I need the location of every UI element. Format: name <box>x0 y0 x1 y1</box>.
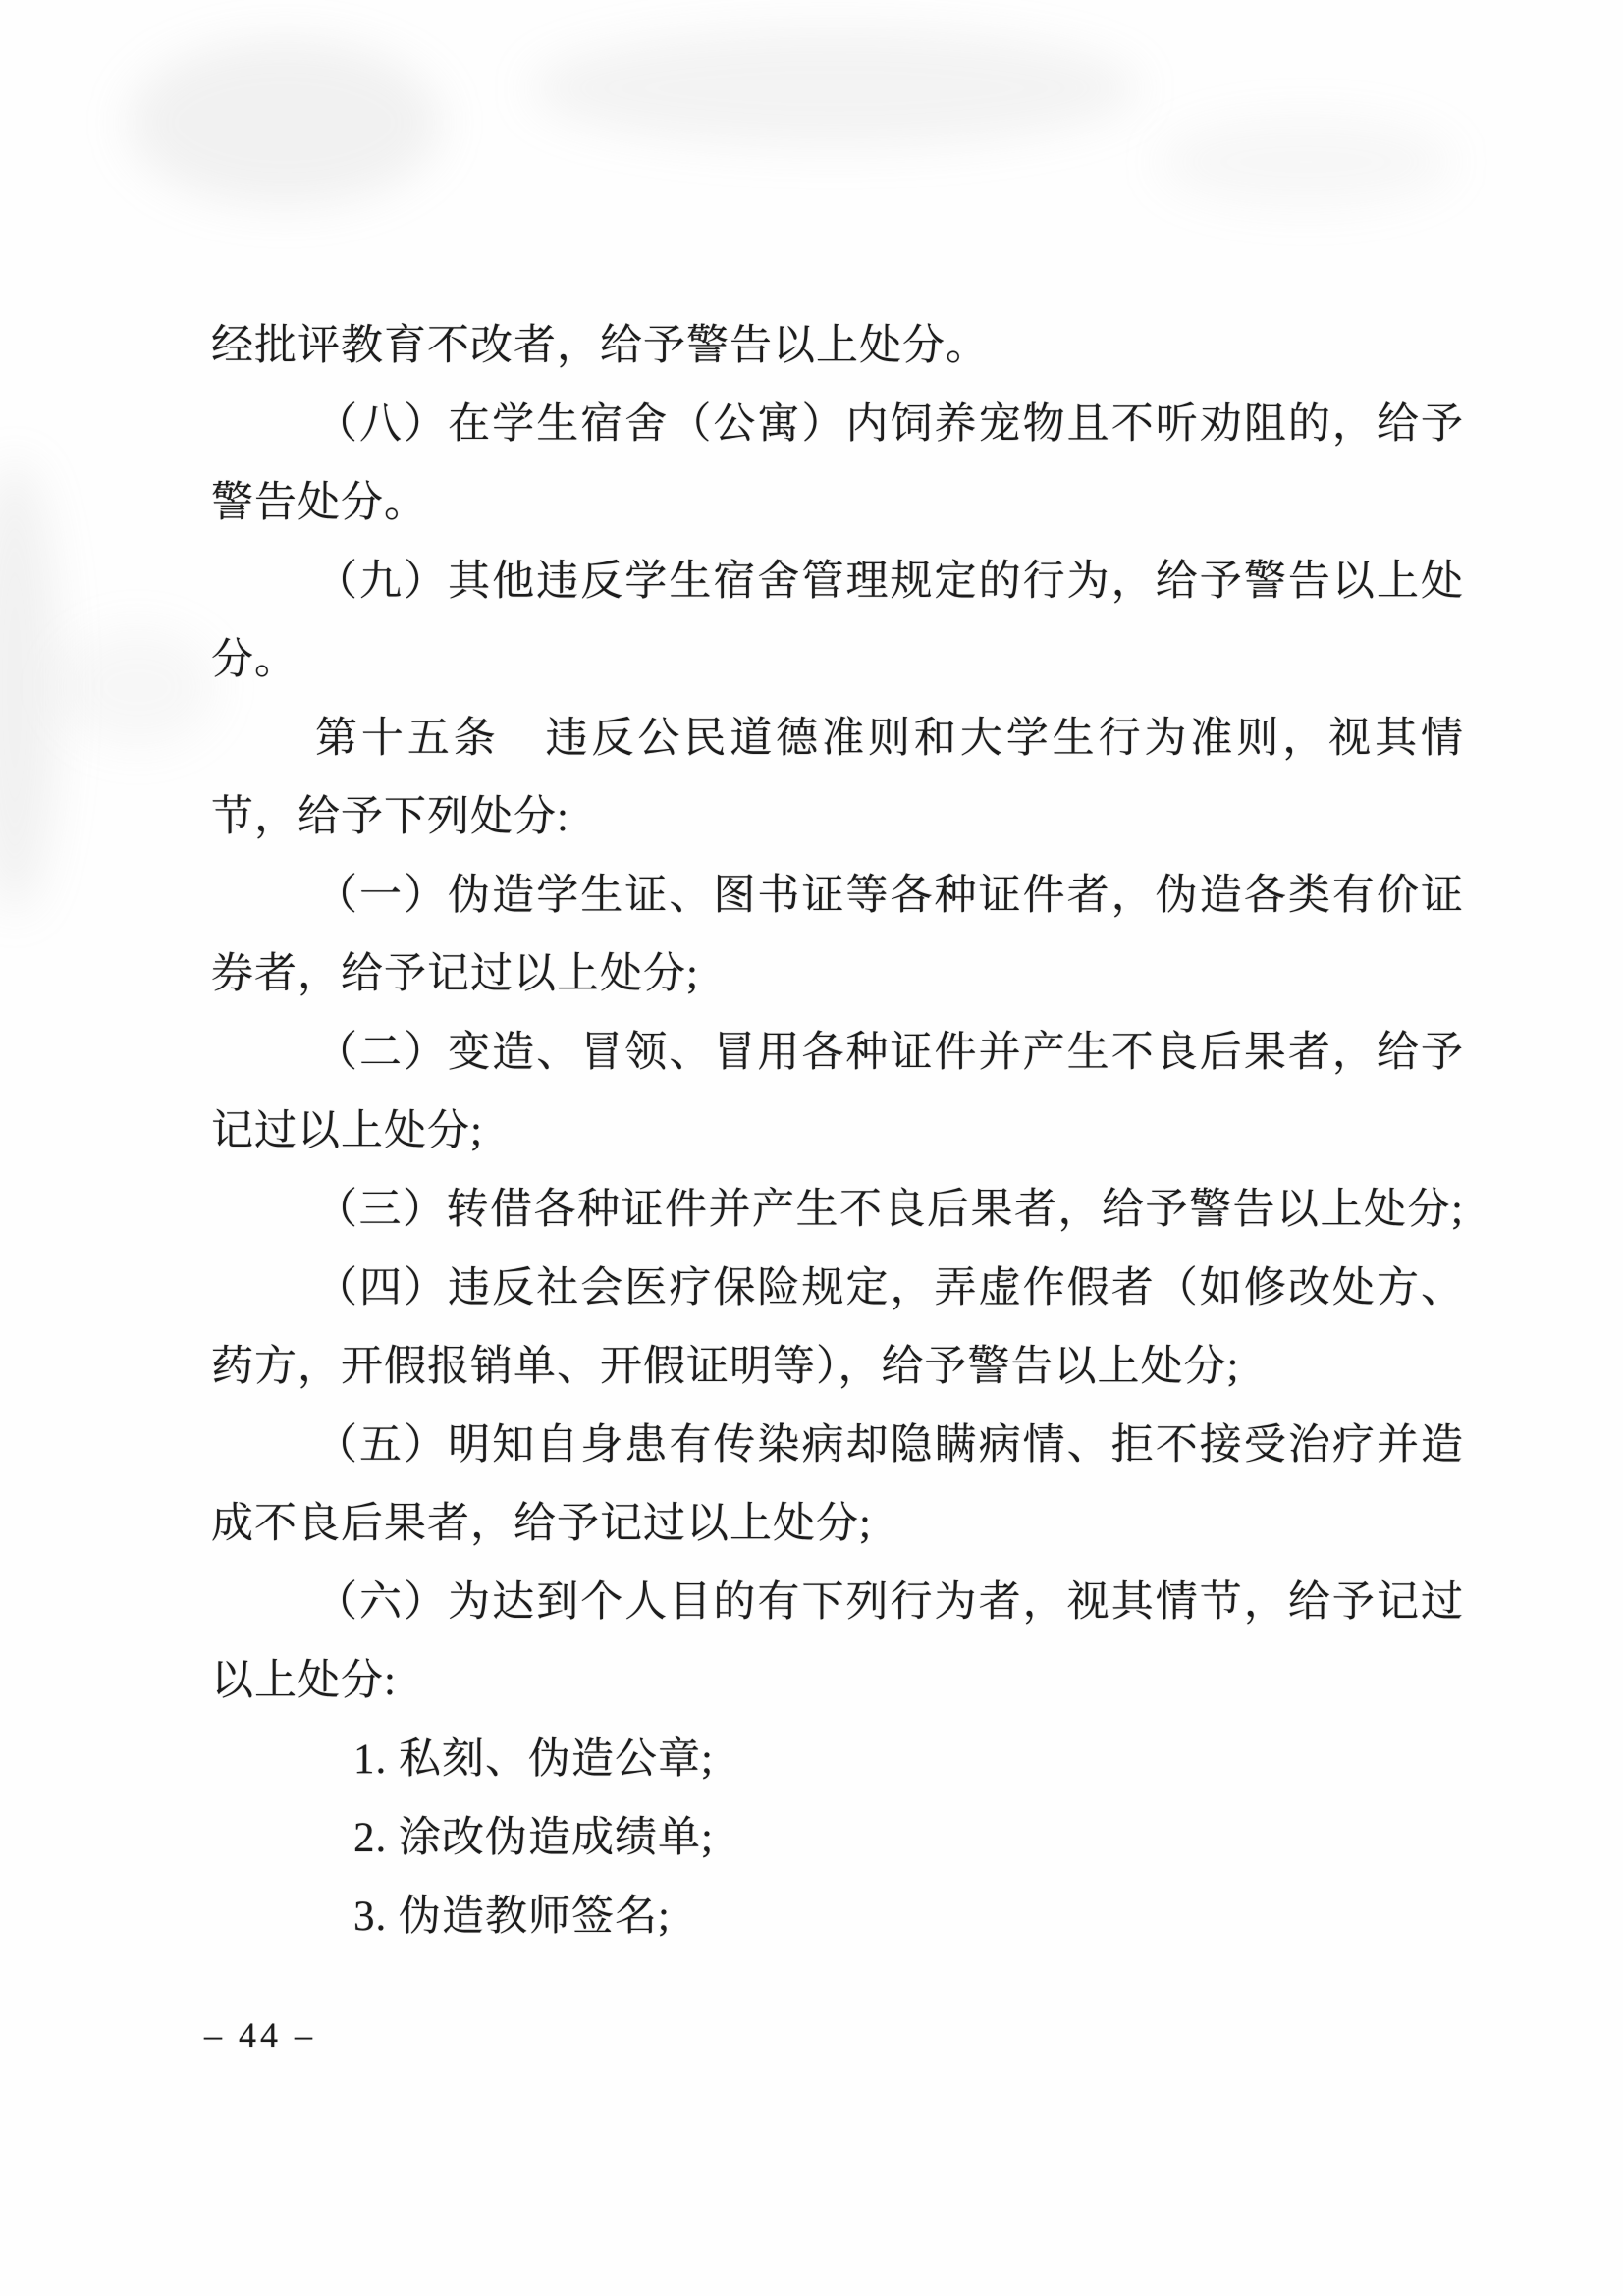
text-line: 节，给予下列处分: <box>211 778 1464 857</box>
body-text: 经批评教育不改者，给予警告以上处分。 （八）在学生宿舍（公寓）内饲养宠物且不听劝… <box>211 307 1464 1956</box>
text-line: 成不良后果者，给予记过以上处分; <box>211 1485 1464 1564</box>
text-line: 药方，开假报销单、开假证明等），给予警告以上处分; <box>211 1328 1464 1407</box>
scan-artifact <box>530 29 1139 147</box>
document-page: 经批评教育不改者，给予警告以上处分。 （八）在学生宿舍（公寓）内饲养宠物且不听劝… <box>0 0 1623 2296</box>
text-line: （八）在学生宿舍（公寓）内饲养宠物且不听劝阻的，给予 <box>211 386 1464 464</box>
text-line: 经批评教育不改者，给予警告以上处分。 <box>211 307 1464 386</box>
text-line-list-item: 3. 伪造教师签名; <box>211 1878 1464 1956</box>
scan-artifact <box>59 628 216 746</box>
text-line: （三）转借各种证件并产生不良后果者，给予警告以上处分; <box>211 1171 1464 1250</box>
text-line: （五）明知自身患有传染病却隐瞒病情、拒不接受治疗并造 <box>211 1407 1464 1485</box>
scan-artifact <box>0 461 59 913</box>
scan-artifact <box>128 39 442 206</box>
text-line: （九）其他违反学生宿舍管理规定的行为，给予警告以上处 <box>211 543 1464 621</box>
text-line: 分。 <box>211 621 1464 700</box>
page-number: – 44 – <box>204 2012 316 2057</box>
text-line: 以上处分: <box>211 1642 1464 1721</box>
text-line: （六）为达到个人目的有下列行为者，视其情节，给予记过 <box>211 1564 1464 1642</box>
text-line: 券者，给予记过以上处分; <box>211 935 1464 1014</box>
text-line: （一）伪造学生证、图书证等各种证件者，伪造各类有价证 <box>211 857 1464 935</box>
text-line-article-heading: 第十五条 违反公民道德准则和大学生行为准则，视其情 <box>211 700 1464 778</box>
text-line: 记过以上处分; <box>211 1093 1464 1171</box>
scan-artifact <box>1159 118 1453 206</box>
text-line: （四）违反社会医疗保险规定，弄虚作假者（如修改处方、 <box>211 1250 1464 1328</box>
text-line: （二）变造、冒领、冒用各种证件并产生不良后果者，给予 <box>211 1014 1464 1093</box>
text-line: 警告处分。 <box>211 464 1464 543</box>
text-line-list-item: 1. 私刻、伪造公章; <box>211 1721 1464 1799</box>
text-line-list-item: 2. 涂改伪造成绩单; <box>211 1799 1464 1878</box>
